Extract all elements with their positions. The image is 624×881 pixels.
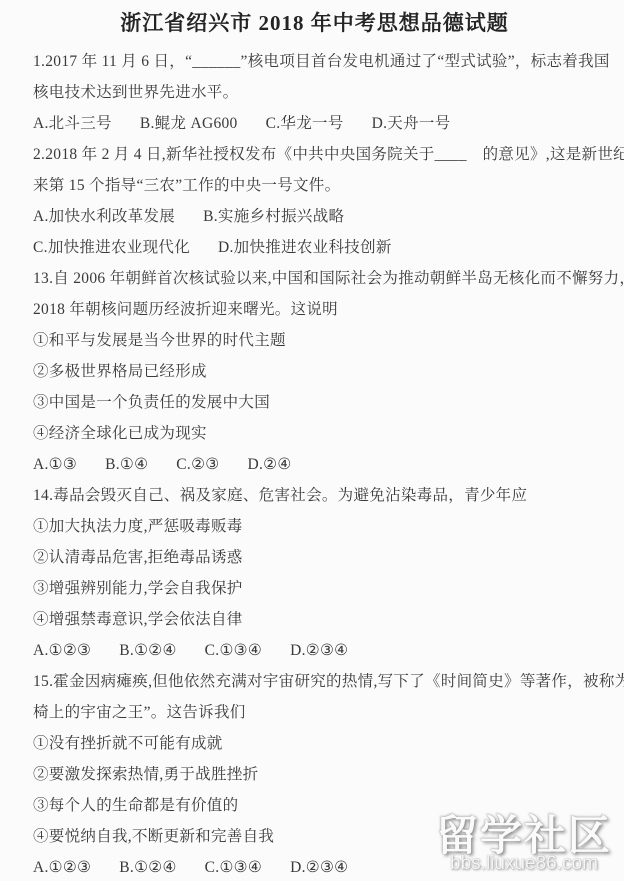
text-line: ④增强禁毒意识,学会依法自律 <box>33 604 596 635</box>
option-label: A.北斗三号 <box>33 108 112 139</box>
text-line: 1.2017 年 11 月 6 日，“______”核电项目首台发电机通过了“型… <box>33 46 596 77</box>
option-label: D.天舟一号 <box>372 108 451 139</box>
option-label: B.①②④ <box>119 635 176 666</box>
text-line: ①和平与发展是当今世界的时代主题 <box>33 325 596 356</box>
text-line: 2018 年朝核问题历经波折迎来曙光。这说明 <box>33 294 596 325</box>
document-body: 1.2017 年 11 月 6 日，“______”核电项目首台发电机通过了“型… <box>33 46 596 881</box>
option-label: D.加快推进农业科技创新 <box>218 232 392 263</box>
options-row: A.加快水利改革发展B.实施乡村振兴战略 <box>33 201 596 232</box>
option-label: D.②③④ <box>290 852 348 881</box>
option-label: A.①②③ <box>33 852 91 881</box>
option-label: B.①②④ <box>119 852 176 881</box>
options-row: C.加快推进农业现代化D.加快推进农业科技创新 <box>33 232 596 263</box>
option-label: B.鲲龙 AG600 <box>140 108 238 139</box>
option-label: C.华龙一号 <box>266 108 344 139</box>
text-line: ④要悦纳自我,不断更新和完善自我 <box>33 821 596 852</box>
option-label: B.①④ <box>105 449 148 480</box>
option-label: B.实施乡村振兴战略 <box>203 201 344 232</box>
text-line: ①没有挫折就不可能有成就 <box>33 728 596 759</box>
option-label: A.①③ <box>33 449 77 480</box>
option-label: C.②③ <box>176 449 219 480</box>
option-label: C.加快推进农业现代化 <box>33 232 190 263</box>
page-title: 浙江省绍兴市 2018 年中考思想品德试题 <box>33 8 596 38</box>
exam-document-page: 浙江省绍兴市 2018 年中考思想品德试题 1.2017 年 11 月 6 日，… <box>0 0 624 881</box>
text-line: 15.霍金因病瘫痪,但他依然充满对宇宙研究的热情,写下了《时间简史》等著作，被称… <box>33 666 596 697</box>
option-label: A.①②③ <box>33 635 91 666</box>
text-line: ②要激发探索热情,勇于战胜挫折 <box>33 759 596 790</box>
text-line: ②认清毒品危害,拒绝毒品诱惑 <box>33 542 596 573</box>
text-line: 椅上的宇宙之王”。这告诉我们 <box>33 697 596 728</box>
option-label: D.②④ <box>248 449 292 480</box>
text-line: ③每个人的生命都是有价值的 <box>33 790 596 821</box>
option-label: A.加快水利改革发展 <box>33 201 175 232</box>
text-line: ③增强辨别能力,学会自我保护 <box>33 573 596 604</box>
text-line: ②多极世界格局已经形成 <box>33 356 596 387</box>
options-row: A.①②③B.①②④C.①③④D.②③④ <box>33 635 596 666</box>
text-line: ④经济全球化已成为现实 <box>33 418 596 449</box>
text-line: 核电技术达到世界先进水平。 <box>33 77 596 108</box>
text-line: 13.自 2006 年朝鲜首次核试验以来,中国和国际社会为推动朝鲜半岛无核化而不… <box>33 263 596 294</box>
text-line: ③中国是一个负责任的发展中大国 <box>33 387 596 418</box>
options-row: A.①③B.①④C.②③D.②④ <box>33 449 596 480</box>
option-label: C.①③④ <box>205 852 262 881</box>
text-line: ①加大执法力度,严惩吸毒贩毒 <box>33 511 596 542</box>
options-row: A.①②③B.①②④C.①③④D.②③④ <box>33 852 596 881</box>
text-line: 14.毒品会毁灭自己、祸及家庭、危害社会。为避免沾染毒品，青少年应 <box>33 480 596 511</box>
option-label: C.①③④ <box>205 635 262 666</box>
text-line: 2.2018 年 2 月 4 日,新华社授权发布《中共中央国务院关于____ 的… <box>33 139 596 170</box>
option-label: D.②③④ <box>290 635 348 666</box>
options-row: A.北斗三号B.鲲龙 AG600C.华龙一号D.天舟一号 <box>33 108 596 139</box>
text-line: 来第 15 个指导“三农”工作的中央一号文件。 <box>33 170 596 201</box>
